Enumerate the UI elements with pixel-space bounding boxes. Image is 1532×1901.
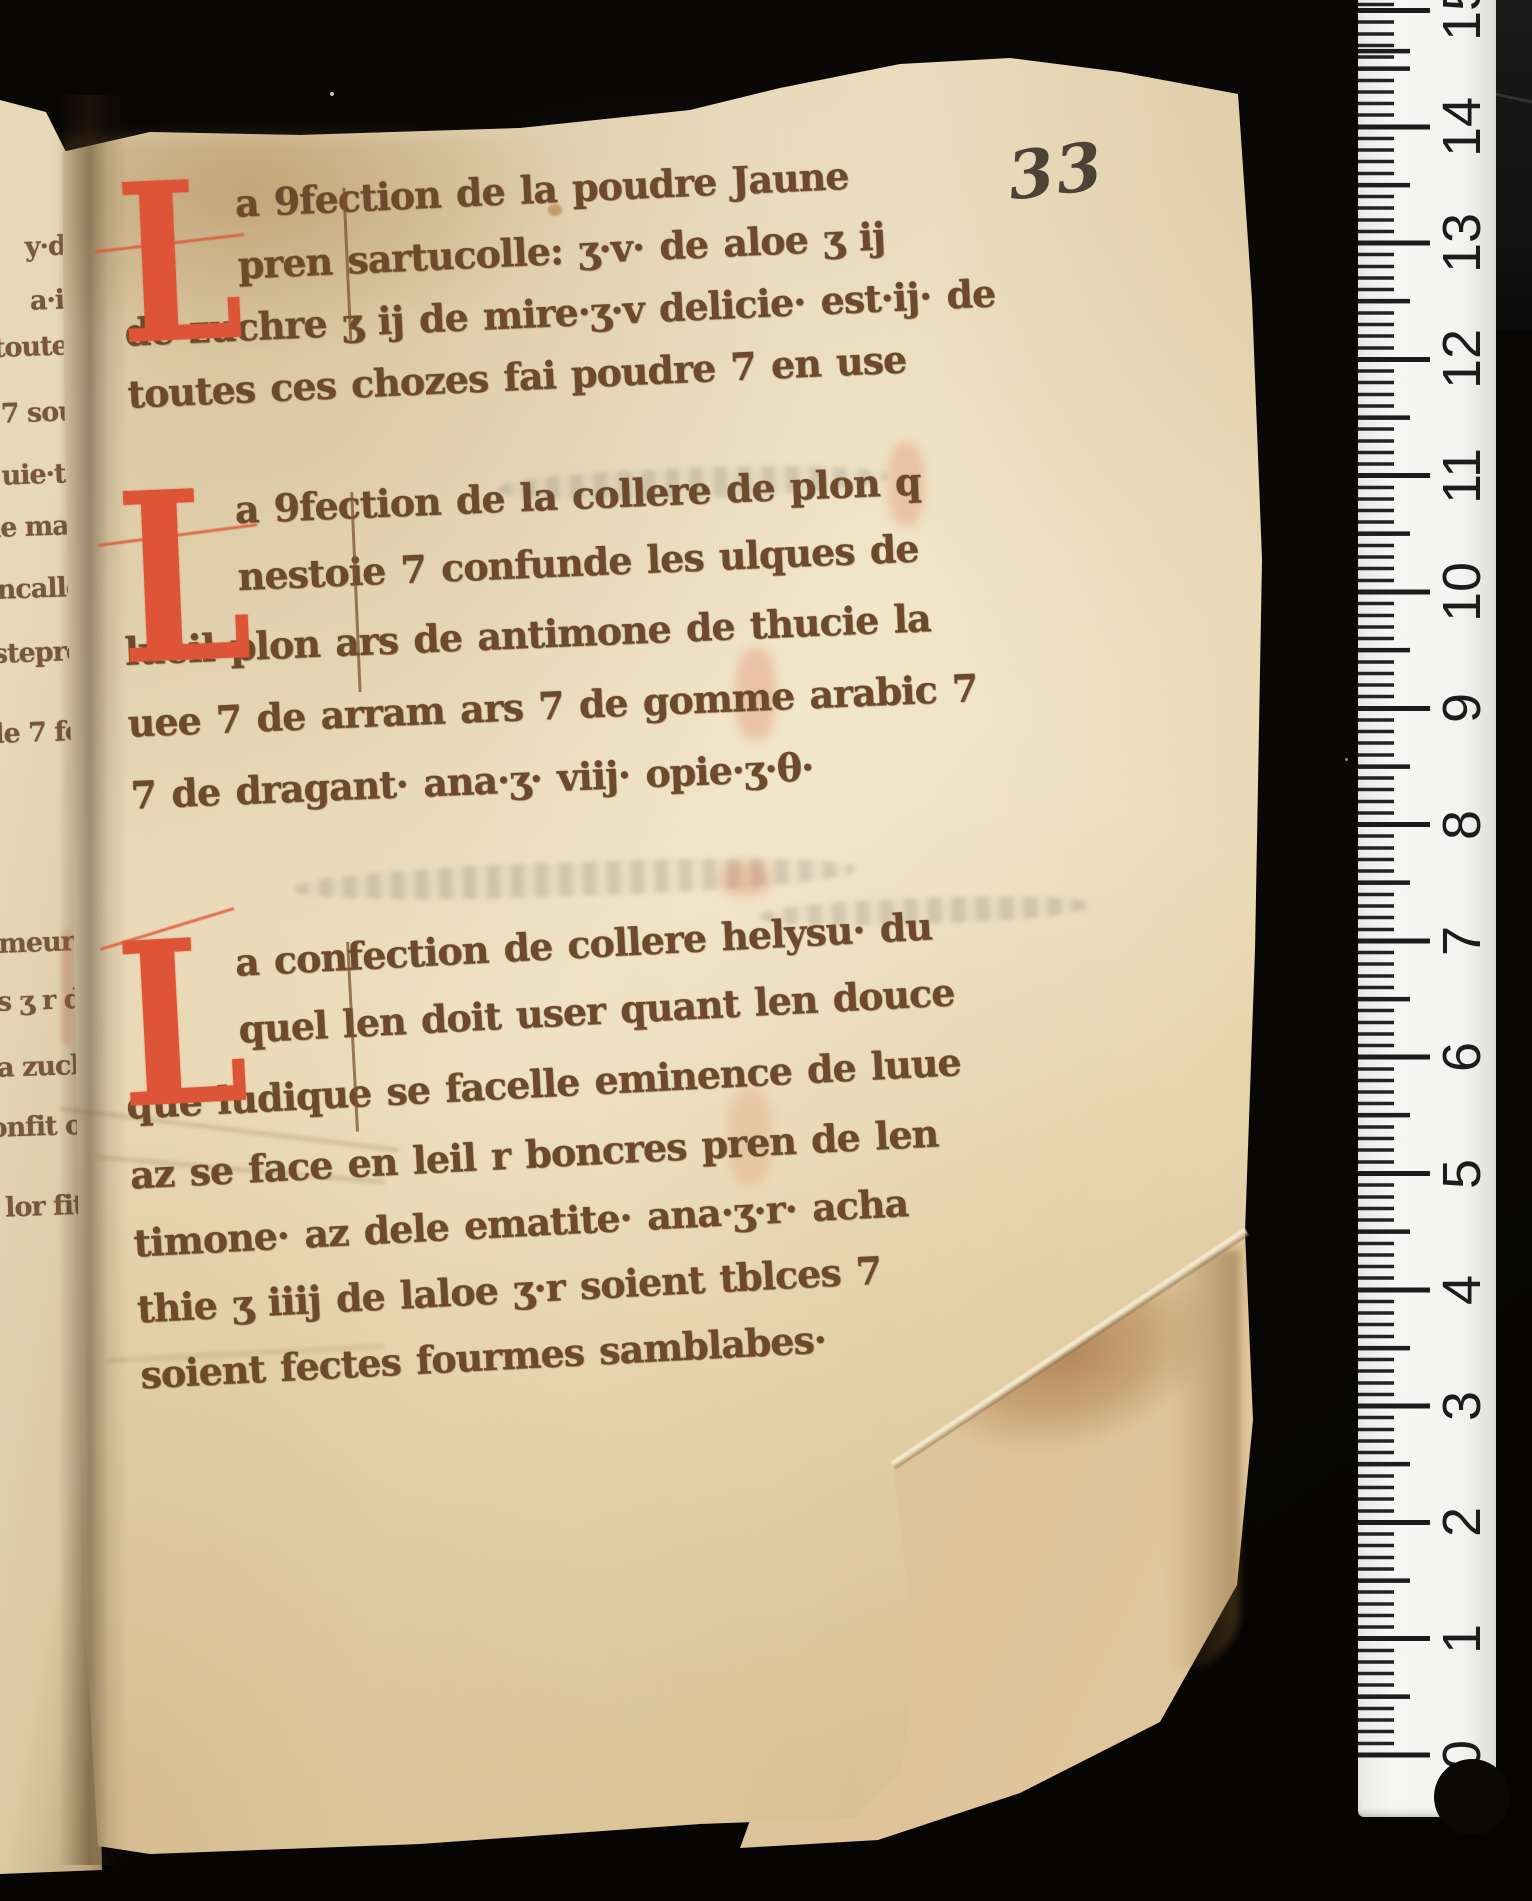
- illuminated-initial: L: [114, 175, 246, 351]
- ruler-number: 11: [1435, 440, 1489, 512]
- ruler-number: 10: [1435, 556, 1489, 628]
- dust-speck: [1345, 758, 1348, 761]
- ruler-number: 8: [1435, 789, 1489, 861]
- ruler-rounded-corner: [1434, 1759, 1510, 1835]
- ruler-number: 9: [1435, 672, 1489, 744]
- illuminated-initial: L: [114, 485, 254, 673]
- recipe-paragraph: L a 9fection de la poudre Jaune pren sar…: [118, 146, 1000, 433]
- recipe-paragraph: L a confection de collere helysu· du que…: [118, 902, 977, 1419]
- under-leaf-edge-shadow: [1170, 1250, 1240, 1670]
- ruler-number: 1: [1435, 1603, 1489, 1675]
- ruler-number: 2: [1435, 1486, 1489, 1558]
- ruler-number: 14: [1435, 91, 1489, 163]
- page-number: 33: [1004, 126, 1109, 215]
- recipe-paragraph: L a 9fection de la collere de plon q nes…: [118, 456, 982, 839]
- ruler-number: 3: [1435, 1370, 1489, 1442]
- ruler-number: 7: [1435, 905, 1489, 977]
- photo-stage: y·de a·ip toutes es 7 souen uie·ta le ma…: [0, 0, 1532, 1901]
- ruler-number: 4: [1435, 1254, 1489, 1326]
- ruler-number: 12: [1435, 323, 1489, 395]
- illuminated-initial: L: [114, 934, 251, 1117]
- dust-speck: [330, 92, 334, 96]
- ruler-number: 6: [1435, 1021, 1489, 1093]
- centimeter-ruler: 0 1 2 3 4 5 6 7 8 9 10 11 12 13 14 15: [1358, 0, 1496, 1817]
- red-bleed-mark: [720, 862, 770, 896]
- backing-panel: [1494, 0, 1532, 330]
- ruler-number: 13: [1435, 207, 1489, 279]
- ruler-number: 5: [1435, 1138, 1489, 1210]
- centimeter-ticks: [1358, 0, 1430, 1762]
- ruler-number: 15: [1435, 0, 1489, 47]
